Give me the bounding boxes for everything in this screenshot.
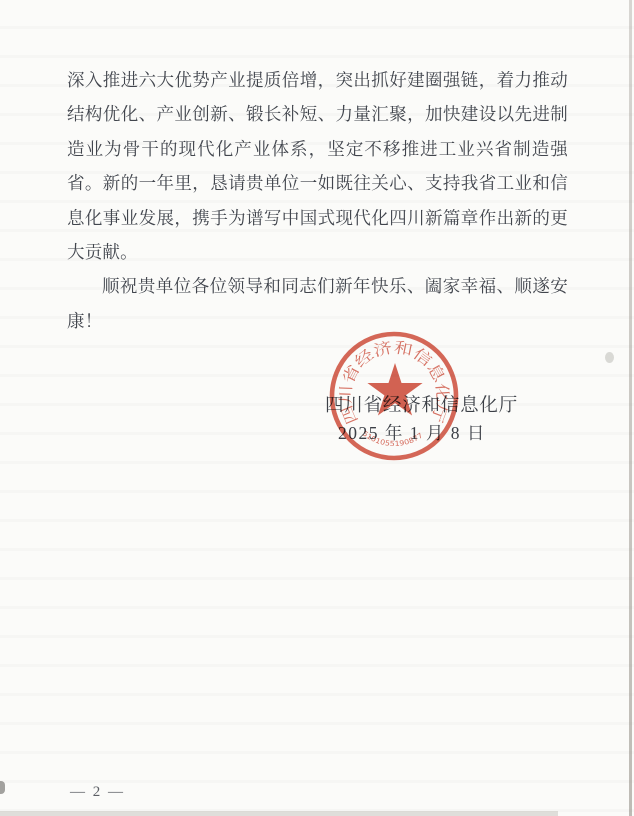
body-line: 省。新的一年里，恳请贵单位一如既往关心、支持我省工业和信 [67,166,568,200]
body-line: 深入推进六大优势产业提质倍增，突出抓好建圈强链，着力推动 [67,63,568,97]
scan-smudge [0,781,5,794]
scan-smudge [605,352,614,363]
body-line: 大贡献。 [67,235,568,269]
body-line: 息化事业发展，携手为谱写中国式现代化四川新篇章作出新的更 [67,201,568,235]
scan-edge-right [629,0,632,816]
body-line: 顺祝贵单位各位领导和同志们新年快乐、阖家幸福、顺遂安 [67,269,568,303]
letter-body: 深入推进六大优势产业提质倍增，突出抓好建圈强链，着力推动 结构优化、产业创新、锻… [67,63,568,338]
page-number: — 2 — [70,784,125,801]
scanned-letter-page: 深入推进六大优势产业提质倍增，突出抓好建圈强链，着力推动 结构优化、产业创新、锻… [0,0,634,816]
seal-code-text: 5101055190877 [361,430,425,448]
official-seal-graphic: 四川省经济和信息化厅 5101055190877 [309,311,479,481]
official-seal: 四川省经济和信息化厅 5101055190877 [309,311,479,481]
scan-edge-bottom [0,811,558,816]
body-line: 结构优化、产业创新、锻长补短、力量汇聚，加快建设以先进制 [67,97,568,131]
body-line: 造业为骨干的现代化产业体系，坚定不移推进工业兴省制造强 [67,132,568,166]
seal-star-icon [367,363,422,416]
